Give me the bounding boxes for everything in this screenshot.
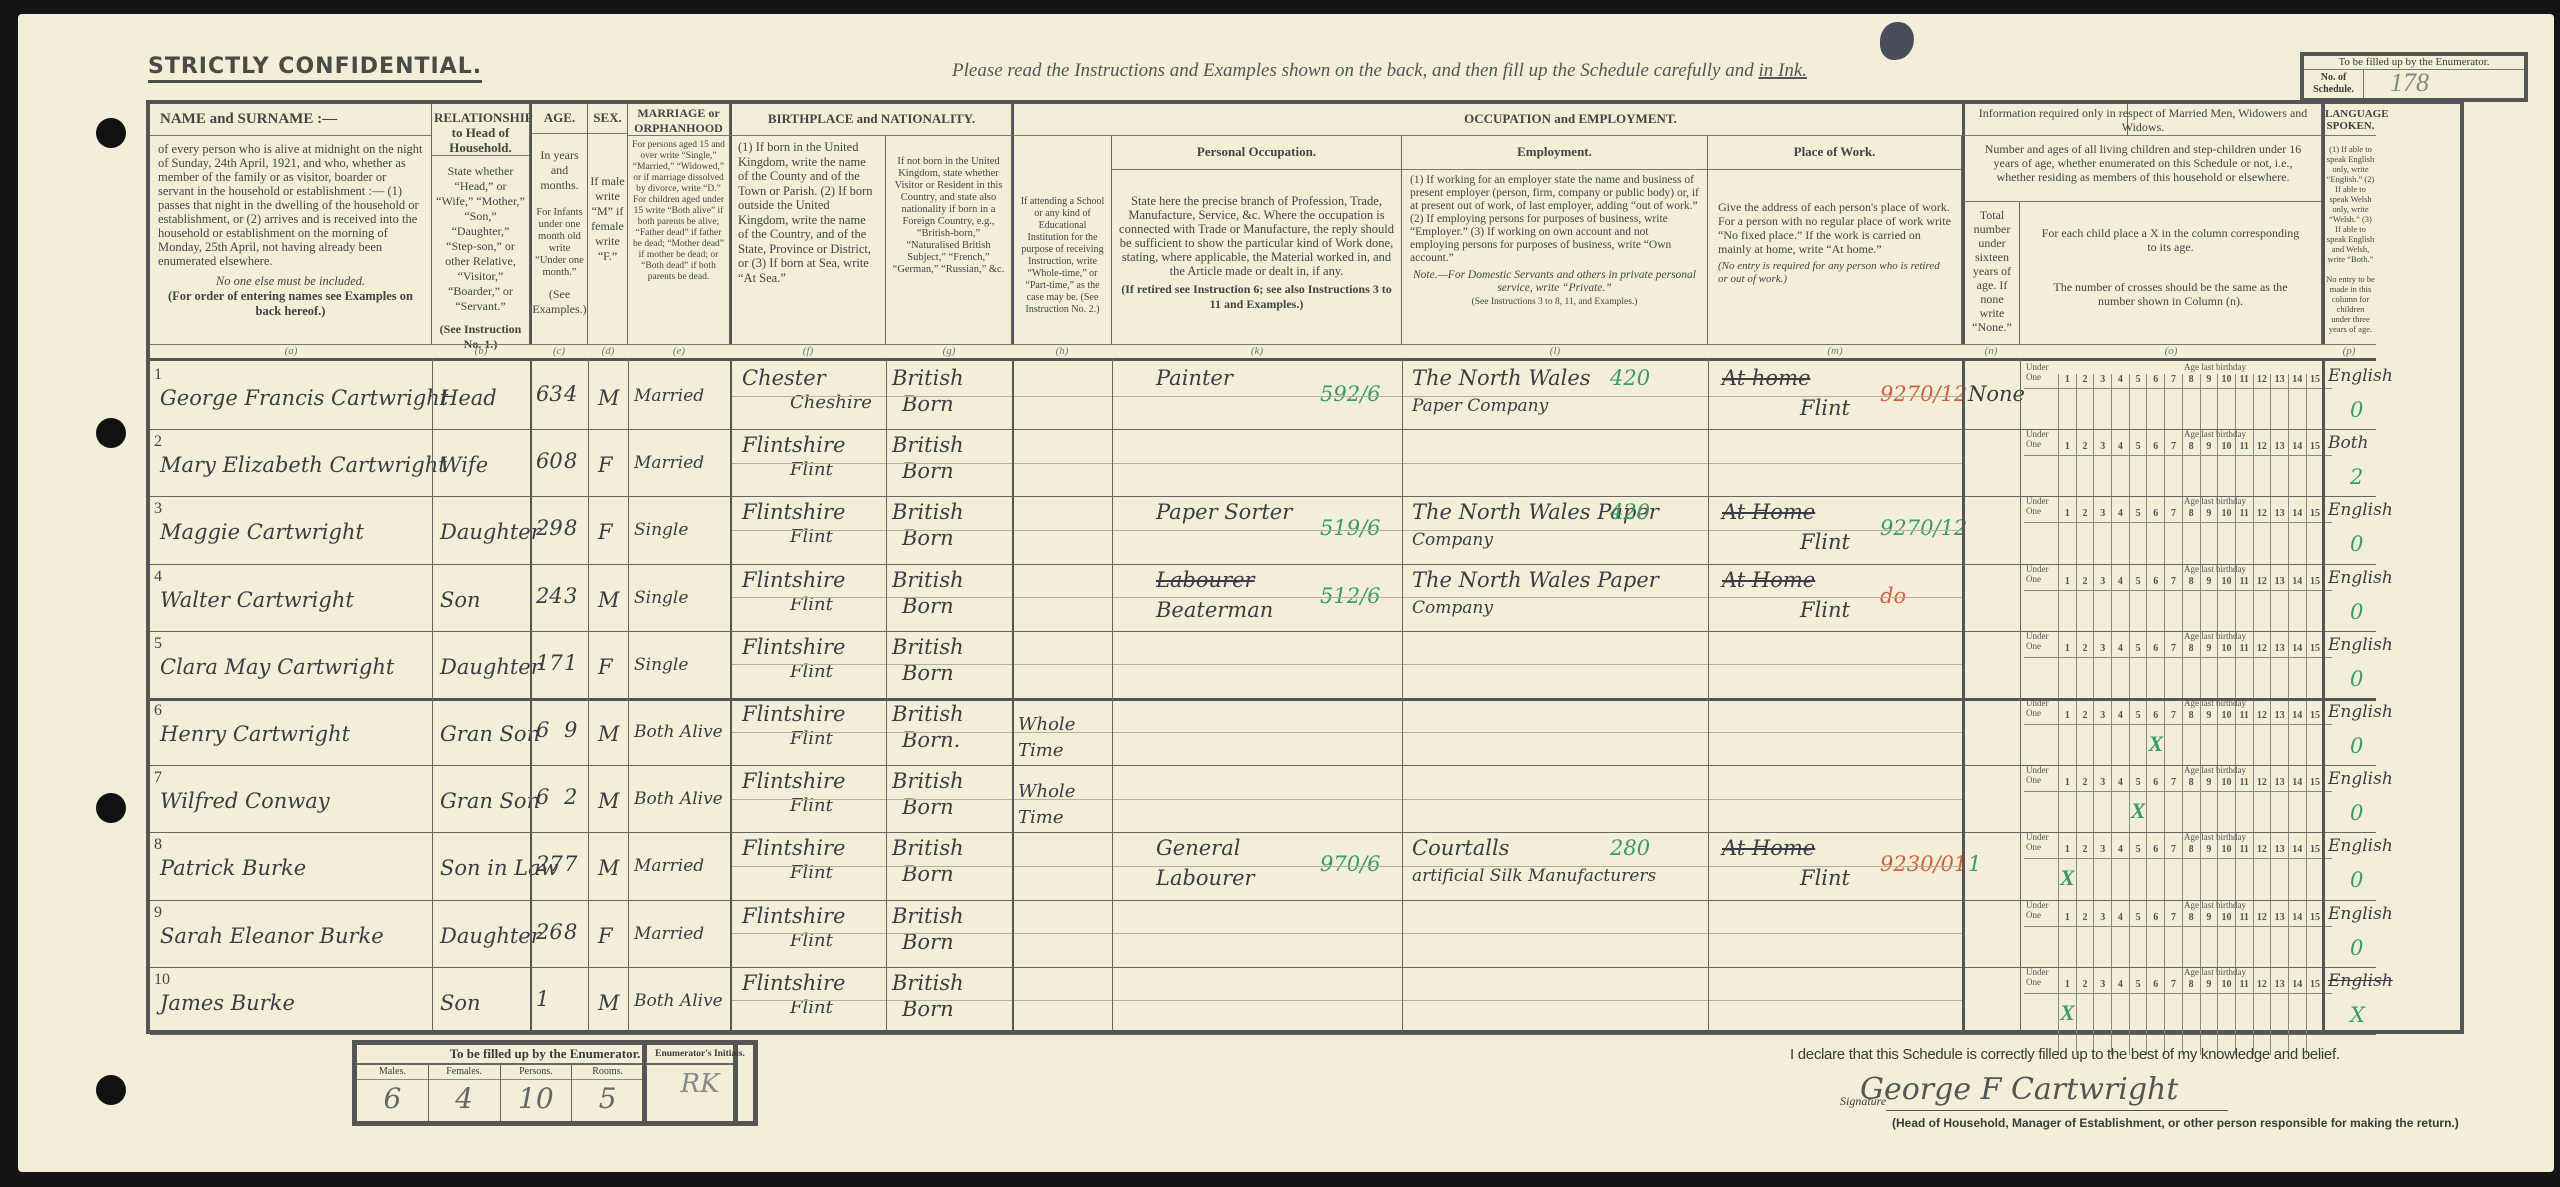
grid-age-number: 15: [2307, 508, 2324, 520]
grid-age-number: 8: [2183, 374, 2200, 386]
place-line-2: Flint: [1800, 396, 1850, 420]
place-line-1: At home: [1722, 366, 1810, 390]
column-letter-d: (d): [588, 345, 628, 357]
females-value: 4: [429, 1080, 500, 1118]
grid-cell-age: 15: [2306, 979, 2324, 1055]
column-a-order: (For order of entering names see Example…: [150, 289, 431, 319]
person-name: Walter Cartwright: [160, 588, 354, 612]
grid-age-number: 3: [2094, 374, 2111, 386]
grid-age-number: 13: [2271, 777, 2288, 789]
grid-age-label: Age last birthday: [2184, 832, 2246, 842]
grid-age-number: 15: [2307, 710, 2324, 722]
row-number: 3: [154, 500, 162, 518]
row-half-divider: [730, 1000, 1962, 1001]
grid-age-number: 4: [2112, 576, 2129, 588]
place-code: 9270/12: [1880, 516, 1967, 540]
column-d-body: If male write “M” if female write “F.”: [588, 134, 627, 304]
row-half-divider: [730, 664, 1962, 665]
instruction-text: Please read the Instructions and Example…: [952, 60, 1758, 81]
column-divider: [1112, 358, 1113, 1030]
grid-age-number: 10: [2218, 979, 2235, 991]
page-title: STRICTLY CONFIDENTIAL.: [148, 54, 482, 83]
birth-county: Flintshire: [742, 904, 845, 928]
employer-code: 280: [1610, 836, 1650, 860]
grid-age-number: 7: [2165, 777, 2182, 789]
age-years: 60: [536, 449, 563, 473]
column-l-note: Note.—For Domestic Servants and others i…: [1402, 269, 1707, 295]
marriage-status: Both Alive: [634, 722, 723, 742]
language-spoken: English: [2328, 568, 2393, 588]
grid-age-label: Age last birthday: [2184, 900, 2246, 910]
grid-age-number: 15: [2307, 844, 2324, 856]
persons-cell: Persons.10: [501, 1065, 573, 1121]
place-line-1: At Home: [1722, 500, 1815, 524]
grid-age-number: 5: [2130, 441, 2147, 453]
row-number: 7: [154, 769, 162, 787]
grid-age-number: 1: [2059, 374, 2076, 386]
grid-age-number: 6: [2147, 844, 2164, 856]
employer-line-2: Company: [1412, 598, 1493, 618]
language-code: 0: [2350, 734, 2363, 758]
persons-value: 10: [501, 1080, 572, 1118]
grid-age-number: 3: [2094, 508, 2111, 520]
grid-age-number: 9: [2201, 912, 2218, 924]
declaration-text: I declare that this Schedule is correctl…: [1790, 1046, 2340, 1063]
column-m-title: Place of Work.: [1708, 136, 1961, 170]
birth-county: Flintshire: [742, 500, 845, 524]
grid-age-number: 9: [2201, 979, 2218, 991]
grid-age-number: 14: [2289, 777, 2306, 789]
grid-age-number: 10: [2218, 374, 2235, 386]
grid-age-number: 7: [2165, 979, 2182, 991]
grid-age-number: 4: [2112, 374, 2129, 386]
column-k-body: State here the precise branch of Profess…: [1112, 170, 1401, 282]
relationship: Head: [440, 386, 497, 410]
relationship: Daughter: [440, 924, 541, 948]
row-half-divider: [730, 799, 1962, 800]
grid-age-number: 10: [2218, 710, 2235, 722]
sex: M: [598, 789, 620, 813]
occupation-line-1: General: [1156, 836, 1240, 860]
males-value: 6: [357, 1080, 428, 1118]
birth-county: Flintshire: [742, 433, 845, 457]
sex: M: [598, 856, 620, 880]
grid-age-number: 14: [2289, 508, 2306, 520]
age-months: 2: [564, 785, 577, 809]
grid-age-number: 13: [2271, 710, 2288, 722]
occupation-code: 512/6: [1320, 584, 1381, 608]
occupation-code: 970/6: [1320, 852, 1381, 876]
grid-age-number: 9: [2201, 441, 2218, 453]
grid-age-label: Age last birthday: [2184, 564, 2246, 574]
grid-cell-age: 10: [2217, 979, 2235, 1055]
row-half-divider: [730, 732, 1962, 733]
nationality-line-1: British: [892, 568, 964, 592]
grid-age-number: 15: [2307, 643, 2324, 655]
column-m-body: Give the address of each person's place …: [1708, 170, 1961, 260]
row-divider: [150, 1034, 2376, 1035]
place-code: 9230/01: [1880, 852, 1967, 876]
row-number: 4: [154, 568, 162, 586]
column-l-body: (1) If working for an employer state the…: [1402, 170, 1707, 269]
employer-line-1: The North Wales: [1412, 366, 1591, 390]
grid-age-number: 10: [2218, 643, 2235, 655]
grid-age-number: 10: [2218, 441, 2235, 453]
grid-age-number: 1: [2059, 643, 2076, 655]
rooms-value: 5: [572, 1080, 643, 1118]
grid-age-number: 6: [2147, 508, 2164, 520]
grid-age-number: 5: [2130, 643, 2147, 655]
grid-cell-age: 8: [2182, 979, 2200, 1055]
grid-cell-age: 13: [2270, 979, 2288, 1055]
grid-age-number: 14: [2289, 441, 2306, 453]
column-p-body: (1) If able to speak English only, write…: [2325, 136, 2376, 272]
grid-age-number: 5: [2130, 710, 2147, 722]
column-letter-a: (a): [150, 345, 432, 357]
grid-age-number: 1: [2059, 576, 2076, 588]
column-c-body: In years and months.: [532, 134, 587, 207]
language-code: 0: [2350, 600, 2363, 624]
grid-age-number: 7: [2165, 710, 2182, 722]
signature: George F Cartwright: [1860, 1072, 2178, 1107]
place-line-2: Flint: [1800, 598, 1850, 622]
grid-age-number: 5: [2130, 576, 2147, 588]
column-g-header: If not born in the United Kingdom, state…: [886, 136, 1012, 344]
grid-age-number: 14: [2289, 912, 2306, 924]
column-o-header: For each child place a X in the column c…: [2020, 202, 2322, 344]
employer-code: 420: [1610, 366, 1650, 390]
age-months: 8: [564, 920, 577, 944]
column-divider: [2020, 358, 2021, 1030]
age-years: 6: [536, 785, 549, 809]
row-number: 10: [154, 971, 170, 989]
punch-hole: [96, 1075, 126, 1105]
grid-age-number: 6: [2147, 374, 2164, 386]
column-a-header: NAME and SURNAME :— of every person who …: [150, 104, 432, 344]
column-k-header: Personal Occupation. State here the prec…: [1112, 136, 1402, 344]
marriage-status: Both Alive: [634, 991, 723, 1011]
language-spoken: English: [2328, 500, 2393, 520]
row-number: 8: [154, 836, 162, 854]
grid-age-number: 10: [2218, 508, 2235, 520]
child-age-grid: Under OneAge last birthday12345678910111…: [2024, 429, 2324, 496]
grid-age-number: 15: [2307, 979, 2324, 991]
grid-age-number: 12: [2254, 508, 2271, 520]
grid-age-number: 1: [2059, 844, 2076, 856]
nationality-line-1: British: [892, 635, 964, 659]
grid-age-number: 13: [2271, 441, 2288, 453]
person-name: George Francis Cartwright: [160, 386, 448, 410]
language-spoken: English: [2328, 836, 2393, 856]
person-name: Patrick Burke: [160, 856, 306, 880]
census-form-table: NAME and SURNAME :— of every person who …: [146, 100, 2464, 1034]
grid-age-label: Age last birthday: [2184, 496, 2246, 506]
birth-county: Flintshire: [742, 568, 845, 592]
grid-age-number: 12: [2254, 643, 2271, 655]
grid-age-number: 14: [2289, 374, 2306, 386]
column-letter-b: (b): [432, 345, 530, 357]
grid-age-number: 2: [2077, 508, 2094, 520]
row-half-divider: [730, 396, 1962, 397]
grid-age-number: 6: [2147, 576, 2164, 588]
grid-age-number: 9: [2201, 576, 2218, 588]
column-divider: [628, 358, 629, 1030]
column-divider: [1012, 358, 1014, 1030]
column-b-body: State whether “Head,” or “Wife,” “Mother…: [432, 156, 529, 322]
grid-age-number: 4: [2112, 844, 2129, 856]
marriage-status: Single: [634, 520, 688, 540]
column-l-title: Employment.: [1402, 136, 1707, 170]
column-p-header: LANGUAGE SPOKEN. (1) If able to speak En…: [2322, 104, 2376, 344]
grid-age-number: 9: [2201, 643, 2218, 655]
sex: F: [598, 453, 613, 477]
initials-value: RK: [647, 1059, 753, 1099]
children-total: None: [1968, 382, 2025, 406]
grid-age-number: 4: [2112, 710, 2129, 722]
row-number: 2: [154, 433, 162, 451]
column-c-title: AGE.: [532, 104, 587, 134]
relationship: Son: [440, 991, 481, 1015]
place-line-1: At Home: [1722, 568, 1815, 592]
grid-age-number: 8: [2183, 643, 2200, 655]
schedule-number-box: To be filled up by the Enumerator. No. o…: [2300, 52, 2528, 102]
grid-age-number: 1: [2059, 508, 2076, 520]
grid-age-number: 9: [2201, 777, 2218, 789]
birth-county: Chester: [742, 366, 826, 390]
punch-hole: [96, 418, 126, 448]
age-years: 6: [536, 718, 549, 742]
grid-age-number: 2: [2077, 441, 2094, 453]
grid-age-label: Age last birthday: [2184, 429, 2246, 439]
grid-age-number: 3: [2094, 777, 2111, 789]
grid-age-number: 5: [2130, 777, 2147, 789]
sex: F: [598, 924, 613, 948]
grid-cell-age: 14: [2288, 979, 2306, 1055]
grid-age-number: 14: [2289, 576, 2306, 588]
grid-age-number: 7: [2165, 912, 2182, 924]
row-half-divider: [730, 866, 1962, 867]
age-months: 8: [564, 449, 577, 473]
column-divider: [588, 358, 589, 1030]
grid-age-number: 15: [2307, 441, 2324, 453]
grid-age-label: Age last birthday: [2184, 765, 2246, 775]
nationality-line-1: British: [892, 433, 964, 457]
age-years: 24: [536, 584, 563, 608]
sex: M: [598, 588, 620, 612]
column-divider: [1962, 358, 1965, 1030]
grid-age-number: 3: [2094, 441, 2111, 453]
child-age-grid: Under OneAge last birthday1X234567891011…: [2024, 967, 2324, 1034]
grid-age-number: 11: [2236, 576, 2253, 588]
grid-age-label: Age last birthday: [2184, 631, 2246, 641]
grid-age-number: 12: [2254, 374, 2271, 386]
grid-age-label: Age last birthday: [2184, 967, 2246, 977]
child-age-grid: Under OneAge last birthday12345678910111…: [2024, 564, 2324, 631]
grid-age-number: 13: [2271, 508, 2288, 520]
grid-age-number: 9: [2201, 374, 2218, 386]
grid-age-number: 5: [2130, 979, 2147, 991]
grid-age-number: 5: [2130, 844, 2147, 856]
person-name: Sarah Eleanor Burke: [160, 924, 384, 948]
grid-age-number: 8: [2183, 710, 2200, 722]
punch-hole: [96, 793, 126, 823]
grid-age-number: 15: [2307, 576, 2324, 588]
birth-county: Flintshire: [742, 702, 845, 726]
sex: M: [598, 386, 620, 410]
grid-age-number: 6: [2147, 912, 2164, 924]
employer-line-2: Company: [1412, 530, 1493, 550]
column-l-header: Employment. (1) If working for an employ…: [1402, 136, 1708, 344]
grid-cell-age: 4: [2111, 979, 2129, 1055]
nationality-line-1: British: [892, 500, 964, 524]
grid-age-number: 15: [2307, 777, 2324, 789]
grid-age-number: 2: [2077, 777, 2094, 789]
marriage-status: Married: [634, 453, 704, 473]
language-code: 2: [2350, 465, 2363, 489]
grid-age-number: 4: [2112, 643, 2129, 655]
grid-age-number: 14: [2289, 710, 2306, 722]
column-a-note: No one else must be included.: [150, 274, 431, 289]
grid-age-number: 5: [2130, 508, 2147, 520]
grid-age-number: 2: [2077, 912, 2094, 924]
grid-age-number: 8: [2183, 912, 2200, 924]
place-line-2: Flint: [1800, 530, 1850, 554]
grid-age-number: 8: [2183, 576, 2200, 588]
language-code: X: [2350, 1003, 2365, 1027]
person-name: Mary Elizabeth Cartwright: [160, 453, 447, 477]
instruction-ink: in Ink.: [1758, 60, 1807, 81]
males-cell: Males.6: [357, 1065, 429, 1121]
age-months: 8: [564, 516, 577, 540]
person-name: Maggie Cartwright: [160, 520, 364, 544]
grid-age-number: 12: [2254, 441, 2271, 453]
grid-age-number: 2: [2077, 643, 2094, 655]
birth-county: Flintshire: [742, 635, 845, 659]
column-e-header: MARRIAGE or ORPHANHOOD For persons aged …: [628, 104, 730, 344]
marriage-status: Married: [634, 924, 704, 944]
married-group-header: Information required only in respect of …: [1962, 104, 2322, 136]
females-label: Females.: [429, 1065, 500, 1080]
school-attendance: Whole Time: [1018, 779, 1108, 831]
grid-age-number: 5: [2130, 374, 2147, 386]
age-months: 4: [564, 382, 577, 406]
language-spoken: English: [2328, 635, 2393, 655]
child-age-grid: Under OneAge last birthday12345678910111…: [2024, 496, 2324, 563]
grid-age-number: 4: [2112, 979, 2129, 991]
place-code: 9270/12: [1880, 382, 1967, 406]
grid-cell-age: 5: [2129, 979, 2147, 1055]
language-spoken: English: [2328, 366, 2393, 386]
child-age-grid: Under OneAge last birthday12345678910111…: [2024, 900, 2324, 967]
grid-age-number: 2: [2077, 576, 2094, 588]
column-l-ref: (See Instructions 3 to 8, 11, and Exampl…: [1402, 295, 1707, 310]
grid-age-number: 8: [2183, 979, 2200, 991]
persons-label: Persons.: [501, 1065, 572, 1080]
column-b-title: RELATIONSHIP to Head of Household.: [432, 104, 529, 156]
language-code: 0: [2350, 398, 2363, 422]
row-half-divider: [730, 933, 1962, 934]
grid-age-number: 7: [2165, 441, 2182, 453]
grid-age-number: 3: [2094, 844, 2111, 856]
grid-age-number: 2: [2077, 844, 2094, 856]
nationality-line-1: British: [892, 904, 964, 928]
row-number: 9: [154, 904, 162, 922]
age-months: 3: [564, 584, 577, 608]
person-name: Henry Cartwright: [160, 722, 350, 746]
relationship: Gran Son: [440, 789, 540, 813]
school-attendance: Whole Time: [1018, 712, 1108, 764]
grid-age-number: 1: [2059, 979, 2076, 991]
column-letter-f: (f): [730, 345, 886, 357]
column-divider: [2322, 358, 2325, 1030]
grid-age-number: 14: [2289, 979, 2306, 991]
grid-age-number: 1: [2059, 710, 2076, 722]
column-a-body: of every person who is alive at midnight…: [150, 136, 431, 274]
grid-age-number: 9: [2201, 710, 2218, 722]
person-name: Wilfred Conway: [160, 789, 330, 813]
column-letter-k: (k): [1112, 345, 1402, 357]
grid-cell-age: 7: [2164, 979, 2182, 1055]
column-d-title: SEX.: [588, 104, 627, 134]
grid-age-number: 14: [2289, 643, 2306, 655]
child-cross-mark: X: [2059, 872, 2076, 884]
place-line-1: At Home: [1722, 836, 1815, 860]
person-name: Clara May Cartwright: [160, 655, 394, 679]
birth-county: Flintshire: [742, 769, 845, 793]
grid-age-number: 4: [2112, 508, 2129, 520]
occupation-line-1: Labourer: [1156, 568, 1255, 592]
grid-cell-age: 1X: [2058, 979, 2076, 1055]
grid-age-number: 1: [2059, 777, 2076, 789]
signature-line: [1886, 1110, 2228, 1111]
grid-age-number: 11: [2236, 508, 2253, 520]
column-d-header: SEX. If male write “M” if female write “…: [588, 104, 628, 344]
column-divider: [1708, 358, 1709, 1030]
grid-age-number: 2: [2077, 979, 2094, 991]
grid-age-number: 1: [2059, 441, 2076, 453]
age-years: 29: [536, 516, 563, 540]
marriage-status: Married: [634, 856, 704, 876]
grid-cell-age: 2: [2076, 979, 2094, 1055]
birthplace-group-header: BIRTHPLACE and NATIONALITY.: [730, 104, 1012, 136]
children-group-header: Number and ages of all living children a…: [1962, 136, 2322, 202]
column-a-title: NAME and SURNAME :—: [150, 104, 431, 136]
grid-age-number: 12: [2254, 979, 2271, 991]
grid-age-number: 11: [2236, 912, 2253, 924]
grid-age-number: 2: [2077, 710, 2094, 722]
grid-cell-age: 12: [2253, 979, 2271, 1055]
child-cross-mark: X: [2059, 1007, 2076, 1019]
grid-age-number: 6: [2147, 979, 2164, 991]
grid-age-number: 8: [2183, 777, 2200, 789]
marriage-status: Married: [634, 386, 704, 406]
employer-line-2: Paper Company: [1412, 396, 1548, 416]
relationship: Son: [440, 588, 481, 612]
grid-age-number: 11: [2236, 441, 2253, 453]
grid-age-number: 13: [2271, 844, 2288, 856]
relationship: Gran Son: [440, 722, 540, 746]
column-p-note: No entry to be made in this column for c…: [2325, 272, 2376, 336]
nationality-line-1: British: [892, 971, 964, 995]
grid-age-number: 4: [2112, 912, 2129, 924]
grid-age-number: 10: [2218, 576, 2235, 588]
column-c-note: For Infants under one month old write “U…: [532, 207, 587, 279]
grid-age-number: 6: [2147, 710, 2164, 722]
row-number: 6: [154, 702, 162, 720]
language-spoken: English: [2328, 971, 2393, 991]
child-age-grid: Under OneAge last birthday1X234567891011…: [2024, 832, 2324, 899]
grid-age-number: 15: [2307, 374, 2324, 386]
